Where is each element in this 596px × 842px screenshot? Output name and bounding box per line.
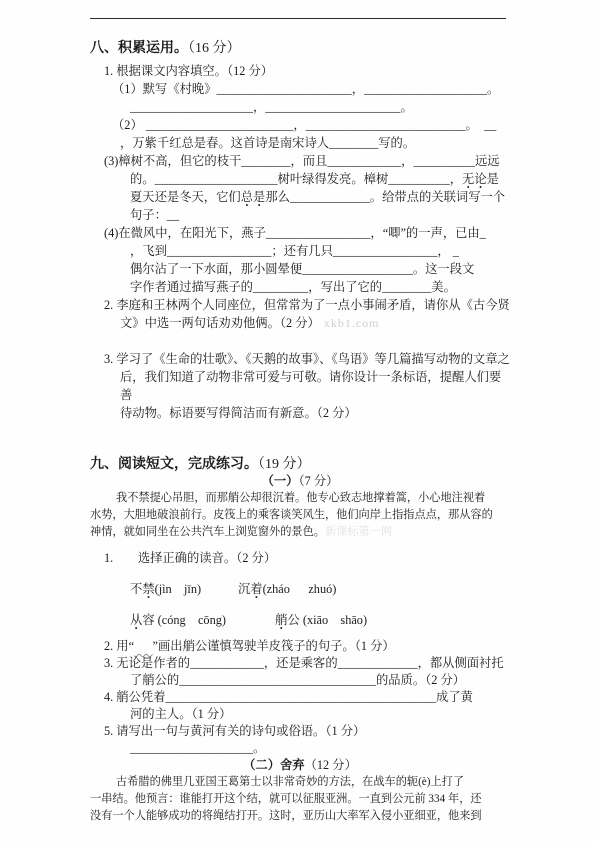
text-segment: （12 分） [305,758,357,772]
q1-2-line1: （2） ________________________，___________… [90,116,510,134]
text-segment: ，万紫千红总是春。这首诗是南宋诗人________写的。 [120,136,415,150]
exam-paper-page: 八、积累运用。（16 分）1. 根据课文内容填空。（12 分）（1）默写《村晚》… [0,0,596,842]
q1-1-line1: （1）默写《村晚》______________________，________… [90,80,510,98]
q1-3-line1: (3)樟树不高，但它的枝干________，而且____________，___… [90,152,510,170]
text-segment: 没有一个人能够成功的将绳结打开。这时，亚历山大率军入侵小亚细亚，他来到 [90,810,482,822]
passage2-line1: 古希腊的佛里几亚国王葛第士以非常奇妙的方法，在战车的轭(è)上打了 [90,774,510,791]
wavy-blank-line [134,639,152,653]
text-segment: （16 分） [188,41,241,56]
text-segment: 夏天还是冬天，它们 [130,190,241,204]
passage1-line1: 我不禁提心吊胆，而那艄公却很沉着。他专心致志地撑着篙，小心地注视着 [90,490,510,507]
p1-q3-line1: 3. 无论是作者的____________，还是乘客的_____________… [90,655,510,672]
bold-heading-text: 八、积累运用。 [90,41,188,56]
text-segment: (4)在微风中，在阳光下，燕子_________________，“唧”的一声，… [104,226,486,240]
q1-4-line1: (4)在微风中，在阳光下，燕子_________________，“唧”的一声，… [90,224,510,242]
bold-heading-text: （一） [262,474,299,488]
emphasis-dot-char: 论 [474,170,486,188]
text-segment: ”画出艄公谨慎驾驶羊皮筏子的句子。（1 分） [153,639,395,653]
text-segment: 不 [130,582,142,596]
text-segment: 容 (cóng cōng) [142,613,275,627]
q1-3-line4: 句子：__ [90,206,510,224]
text-segment: 是 [487,172,499,186]
text-segment: 的。____________________树叶绿得发亮。樟树_________… [130,172,462,186]
text-segment: 公 (xiāo shāo) [287,613,367,627]
section9-heading: 九、阅读短文，完成练习。（19 分） [90,456,510,473]
q3-line1: 3. 学习了《生命的壮歌》、《天鹅的故事》、《鸟语》等几篇描写动物的文章之 [90,350,510,368]
answer-space [90,332,510,350]
p1-q1-row2: 从容 (cóng cōng) 艄公 (xiāo shāo) [90,612,510,629]
text-segment: (jìn jīn) 沉 [155,582,251,596]
text-segment: 1. 选择正确的读音。（2 分） [104,551,276,565]
watermark-text: xkb1.com [320,316,380,330]
emphasis-dot-char: 着 [250,581,262,598]
p1-q4-line1: 4. 艄公凭着_________________________________… [90,689,510,706]
text-segment: 1. 根据课文内容填空。（12 分） [104,64,273,78]
text-segment: 2. 用“ [104,639,134,653]
part2-heading: （二）舍弃（12 分） [90,757,510,774]
emphasis-dot-char: 从 [130,612,142,629]
q2-line1: 2. 李庭和王林两个人同座位，但常常为了一点小事闹矛盾，请你从《古今贤 [90,296,510,314]
passage2-line2: 一串结。他预言：谁能打开这个结，就可以征服亚洲。一直到公元前 334 年，还 [90,791,510,808]
text-segment: (3)樟树不高，但它的枝干________，而且____________，___… [104,154,500,168]
q1-3-line3: 夏天还是冬天，它们总是那么_____________。给带点的关联词写一个 [90,188,510,206]
q1-prompt: 1. 根据课文内容填空。（12 分） [90,62,510,80]
bold-heading-text: （二）舍弃 [243,758,305,772]
text-segment: 偶尔沾了一下水面，那小圆晕便__________________。这一段文 [130,262,474,276]
part1-heading: （一）（7 分） [90,473,510,490]
text-segment: 2. 李庭和王林两个人同座位，但常常为了一点小事闹矛盾，请你从《古今贤 [104,298,510,312]
top-divider [90,18,506,19]
emphasis-dot-char: 艄 [275,612,287,629]
q1-1-line2: ____________________，___________________… [90,98,510,116]
text-segment: 后，我们知道了动物非常可爱与可敬。请你设计一条标语，提醒人们要善 [120,370,501,402]
text-segment: （2） ________________________，___________… [112,118,496,132]
q1-3-line2: 的。____________________树叶绿得发亮。樟树_________… [90,170,510,188]
p1-q5-line1: 5. 请写出一句与黄河有关的诗句或俗语。（1 分） [90,723,510,740]
emphasis-dot-char: 禁 [142,581,154,598]
text-segment: 待动物。标语要写得简洁而有新意。（2 分） [120,406,357,420]
emphasis-dot-char: 无 [462,170,474,188]
text-segment: 我不禁提心吊胆，而那艄公却很沉着。他专心致志地撑着篙，小心地注视着 [116,492,485,504]
p1-q1-row1: 不禁(jìn jīn) 沉着(zháo zhuó) [90,581,510,598]
text-segment: 文》中选一两句话劝劝他俩。（2 分） [120,316,320,330]
q1-4-line4: 字作者通过描写燕子的_________，写出了它的________美。 [90,278,510,296]
passage1-line2: 水势，大胆地破浪前行。皮筏上的乘客谈笑风生，他们向岸上指指点点，那从容的 [90,507,510,524]
p1-q2: 2. 用“ ”画出艄公谨慎驾驶羊皮筏子的句子。（1 分） [90,638,510,655]
text-segment: 4. 艄公凭着_________________________________… [104,690,473,704]
text-segment: 了艄公的________________________________的品质。… [130,673,465,687]
q1-2-line2: ，万紫千红总是春。这首诗是南宋诗人________写的。 [90,134,510,152]
watermark-text: 新课标第一网 [325,526,392,538]
p1-q4-line2: 河的主人。（1 分） [90,706,510,723]
text-segment: 5. 请写出一句与黄河有关的诗句或俗语。（1 分） [104,724,365,738]
text-segment: ____________________。 [130,741,265,755]
q1-4-line3: 偶尔沾了一下水面，那小圆晕便__________________。这一段文 [90,260,510,278]
passage2-line3: 没有一个人能够成功的将绳结打开。这时，亚历山大率军入侵小亚细亚，他来到 [90,808,510,825]
text-segment: 河的主人。（1 分） [130,707,231,721]
p1-q3-line2: 了艄公的________________________________的品质。… [90,672,510,689]
text-segment: ____________________，___________________… [130,100,413,114]
text-segment: 神情，就如同坐在公共汽车上浏览窗外的景色。 [90,526,325,538]
q2-line2: 文》中选一两句话劝劝他俩。（2 分） xkb1.com [90,314,510,332]
text-segment: 3. 学习了《生命的壮歌》、《天鹅的故事》、《鸟语》等几篇描写动物的文章之 [104,352,510,366]
page-content: 八、积累运用。（16 分）1. 根据课文内容填空。（12 分）（1）默写《村晚》… [90,36,510,825]
bold-heading-text: 九、阅读短文，完成练习。 [90,457,258,472]
section-8-accumulation: 八、积累运用。（16 分）1. 根据课文内容填空。（12 分）（1）默写《村晚》… [90,36,510,422]
text-segment: 字作者通过描写燕子的_________，写出了它的________美。 [130,280,456,294]
text-segment: (zháo zhuó) [263,582,337,596]
section8-heading: 八、积累运用。（16 分） [90,36,510,62]
emphasis-dot-char: 总 [241,188,253,206]
text-segment: （7 分） [298,474,338,488]
text-segment: 水势，大胆地破浪前行。皮筏上的乘客谈笑风生，他们向岸上指指点点，那从容的 [90,509,493,521]
emphasis-dot-char: 是 [253,188,265,206]
text-segment: 古希腊的佛里几亚国王葛第士以非常奇妙的方法，在战车的轭(è)上打了 [116,776,464,788]
p1-q1-prompt: 1. 选择正确的读音。（2 分） [90,550,510,567]
p1-q5-answer: ____________________。 [90,740,510,757]
text-segment: 一串结。他预言：谁能打开这个结，就可以征服亚洲。一直到公元前 334 年，还 [90,793,482,805]
text-segment: 3. 无论是作者的____________，还是乘客的_____________… [104,656,504,670]
text-segment: ，飞到_________________；还有几只_______________… [130,244,459,258]
q3-line2: 后，我们知道了动物非常可爱与可敬。请你设计一条标语，提醒人们要善 [90,368,510,404]
passage1-line3: 神情，就如同坐在公共汽车上浏览窗外的景色。新课标第一网 [90,524,510,541]
q3-line3: 待动物。标语要写得简洁而有新意。（2 分） [90,404,510,422]
text-segment: （1）默写《村晚》______________________，________… [112,82,499,96]
q1-4-line2: ，飞到_________________；还有几只_______________… [90,242,510,260]
text-segment [90,334,93,348]
text-segment: （19 分） [258,457,311,472]
text-segment: 句子：__ [130,208,179,222]
section-9-reading: 九、阅读短文，完成练习。（19 分）（一）（7 分）我不禁提心吊胆，而那艄公却很… [90,456,510,825]
